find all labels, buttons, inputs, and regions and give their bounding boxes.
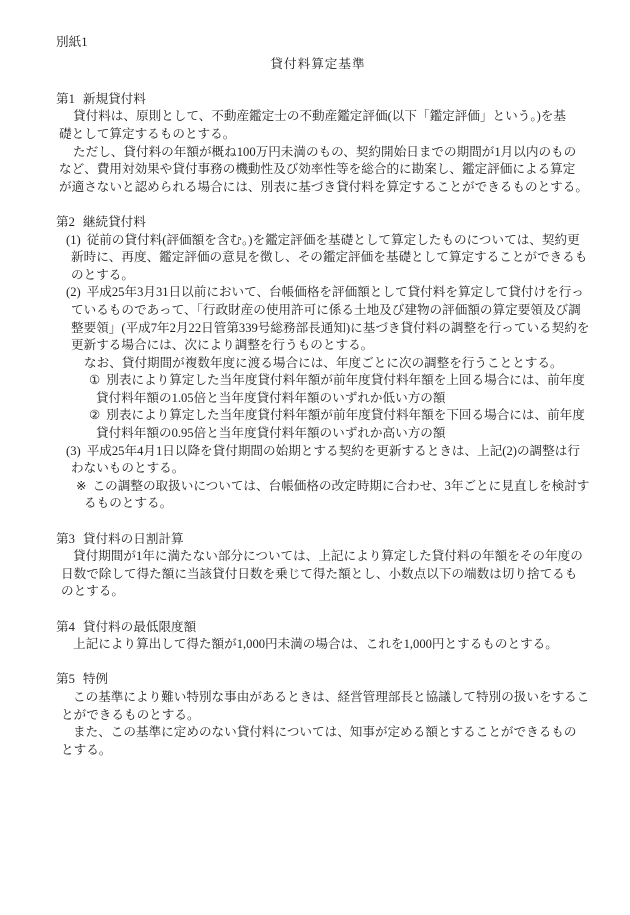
list-marker: ① (89, 372, 100, 390)
line-text: のとする。 (61, 584, 124, 598)
text-line: また、この基準に定めのない貸付料については、知事が定める額とすることができるもの (73, 724, 580, 742)
text-line: (2)平成25年3月31日以前において、台帳価格を評価額として貸付料を算定して貸… (66, 284, 580, 302)
section-number: 第1 (56, 91, 75, 109)
document-page: 別紙1 貸付料算定基準 第1新規貸付料貸付料は、原則として、不動産鑑定士の不動産… (0, 0, 630, 915)
text-line: るものとする。 (84, 495, 580, 513)
section-title: 継続貸付料 (83, 215, 146, 229)
list-marker: ※ (76, 478, 87, 496)
line-text: 上記により算出して得た額が1,000円未満の場合は、これを1,000円とするもの… (73, 637, 558, 651)
line-text: るものとする。 (84, 496, 172, 510)
text-line: とする。 (61, 742, 580, 760)
section-title: 貸付料の最低限度額 (83, 620, 196, 634)
text-line: 更新する場合には、次により調整を行うものとする。 (71, 337, 580, 355)
text-line: とができるものとする。 (61, 707, 580, 725)
text-line: 貸付料年額の0.95倍と当年度貸付料年額のいずれか高い方の額 (96, 425, 580, 443)
section-heading-4: 第4貸付料の最低限度額 (56, 619, 580, 637)
list-marker: (1) (66, 232, 81, 250)
section-heading-1: 第1新規貸付料 (56, 91, 580, 109)
section-title: 特例 (83, 672, 108, 686)
section-number: 第2 (56, 214, 75, 232)
text-line: 貸付料は、原則として、不動産鑑定士の不動産鑑定評価(以下「鑑定評価」という。)を… (73, 108, 580, 126)
line-text: 貸付期間が1年に満たない部分については、上記により算定した貸付料の年額をその年度… (73, 549, 583, 563)
line-text: 平成25年4月1日以降を貸付期間の始期とする契約を更新するときは、上記(2)の調… (87, 444, 580, 458)
line-text: 従前の貸付料(評価額を含む。)を鑑定評価を基礎として算定したものについては、契約… (87, 233, 580, 247)
line-text: 別表により算定した当年度貸付料年額が前年度貸付料年額を上回る場合には、前年度 (106, 373, 585, 387)
text-line: 貸付期間が1年に満たない部分については、上記により算定した貸付料の年額をその年度… (73, 548, 580, 566)
document-body: 第1新規貸付料貸付料は、原則として、不動産鑑定士の不動産鑑定評価(以下「鑑定評価… (56, 73, 580, 759)
line-text: が適さないと認められる場合には、別表に基づき貸付料を算定することができるものとす… (59, 180, 588, 194)
line-text: この調整の取扱いについては、台帳価格の改定時期に合わせ、3年ごとに見直しを検討す (93, 479, 590, 493)
text-line: 貸付料年額の1.05倍と当年度貸付料年額のいずれか低い方の額 (96, 390, 580, 408)
line-text: 貸付料は、原則として、不動産鑑定士の不動産鑑定評価(以下「鑑定評価」という。)を… (73, 109, 566, 123)
text-line: この基準により難い特別な事由があるときは、経営管理部長と協議して特別の扱いをする… (73, 689, 580, 707)
blank-line (56, 513, 580, 531)
section-heading-2: 第2継続貸付料 (56, 214, 580, 232)
line-text: のとする。 (71, 268, 134, 282)
section-heading-5: 第5特例 (56, 671, 580, 689)
list-marker: ② (89, 407, 100, 425)
document-title: 貸付料算定基準 (56, 56, 580, 74)
text-line: のとする。 (61, 583, 580, 601)
text-line: ているものであって、「行政財産の使用許可に係る土地及び建物の評価額の算定要領及び… (71, 302, 580, 320)
text-line: ②別表により算定した当年度貸付料年額が前年度貸付料年額を下回る場合には、前年度 (89, 407, 580, 425)
list-marker: (2) (66, 284, 81, 302)
text-line: わないものとする。 (71, 460, 580, 478)
line-text: 平成25年3月31日以前において、台帳価格を評価額として貸付料を算定して貸付けを… (87, 285, 584, 299)
section-title: 新規貸付料 (83, 92, 146, 106)
text-line: 礎として算定するものとする。 (59, 126, 580, 144)
text-line: 整要領」(平成7年2月22日管第339号総務部長通知)に基づき貸付料の調整を行っ… (71, 320, 580, 338)
line-text: とができるものとする。 (61, 708, 200, 722)
line-text: また、この基準に定めのない貸付料については、知事が定める額とすることができるもの (73, 725, 577, 739)
text-line: 新時に、再度、鑑定評価の意見を徴し、その鑑定評価を基礎として算定することができる… (71, 249, 580, 267)
section-number: 第5 (56, 671, 75, 689)
line-text: とする。 (61, 743, 111, 757)
section-title: 貸付料の日割計算 (83, 532, 184, 546)
line-text: 更新する場合には、次により調整を行うものとする。 (71, 338, 373, 352)
blank-line (56, 601, 580, 619)
list-marker: (3) (66, 443, 81, 461)
line-text: 別表により算定した当年度貸付料年額が前年度貸付料年額を下回る場合には、前年度 (106, 408, 585, 422)
line-text: 貸付料年額の0.95倍と当年度貸付料年額のいずれか高い方の額 (96, 426, 445, 440)
line-text: 新時に、再度、鑑定評価の意見を徴し、その鑑定評価を基礎として算定することができる… (71, 250, 587, 264)
line-text: この基準により難い特別な事由があるときは、経営管理部長と協議して特別の扱いをする… (73, 690, 589, 704)
attachment-label: 別紙1 (56, 34, 580, 52)
text-line: ①別表により算定した当年度貸付料年額が前年度貸付料年額を上回る場合には、前年度 (89, 372, 580, 390)
text-line: ただし、貸付料の年額が概ね100万円未満のもの、契約開始日までの期間が1月以内の… (73, 144, 580, 162)
line-text: 礎として算定するものとする。 (59, 127, 235, 141)
text-line: なお、貸付期間が複数年度に渡る場合には、年度ごとに次の調整を行うこととする。 (84, 355, 580, 373)
blank-line (56, 654, 580, 672)
text-line: 日数で除して得た額に当該貸付日数を乗じて得た額とし、小数点以下の端数は切り捨てる… (61, 566, 580, 584)
section-number: 第3 (56, 531, 75, 549)
line-text: 貸付料年額の1.05倍と当年度貸付料年額のいずれか低い方の額 (96, 391, 445, 405)
line-text: 整要領」(平成7年2月22日管第339号総務部長通知)に基づき貸付料の調整を行っ… (71, 321, 589, 335)
text-line: など、費用対効果や貸付事務の機動性及び効率性等を総合的に勘案し、鑑定評価による算… (59, 161, 580, 179)
text-line: が適さないと認められる場合には、別表に基づき貸付料を算定することができるものとす… (59, 179, 580, 197)
line-text: なお、貸付期間が複数年度に渡る場合には、年度ごとに次の調整を行うこととする。 (84, 356, 563, 370)
line-text: わないものとする。 (71, 461, 184, 475)
text-line: (1)従前の貸付料(評価額を含む。)を鑑定評価を基礎として算定したものについては… (66, 232, 580, 250)
section-heading-3: 第3貸付料の日割計算 (56, 531, 580, 549)
text-line: (3)平成25年4月1日以降を貸付期間の始期とする契約を更新するときは、上記(2… (66, 443, 580, 461)
text-line: ※この調整の取扱いについては、台帳価格の改定時期に合わせ、3年ごとに見直しを検討… (76, 478, 580, 496)
line-text: 日数で除して得た額に当該貸付日数を乗じて得た額とし、小数点以下の端数は切り捨てる… (61, 567, 577, 581)
line-text: など、費用対効果や貸付事務の機動性及び効率性等を総合的に勘案し、鑑定評価による算… (59, 162, 575, 176)
text-line: のとする。 (71, 267, 580, 285)
text-line: 上記により算出して得た額が1,000円未満の場合は、これを1,000円とするもの… (73, 636, 580, 654)
line-text: ただし、貸付料の年額が概ね100万円未満のもの、契約開始日までの期間が1月以内の… (73, 145, 576, 159)
section-number: 第4 (56, 619, 75, 637)
line-text: ているものであって、「行政財産の使用許可に係る土地及び建物の評価額の算定要領及び… (71, 303, 581, 317)
blank-line (56, 196, 580, 214)
blank-line (56, 73, 580, 91)
